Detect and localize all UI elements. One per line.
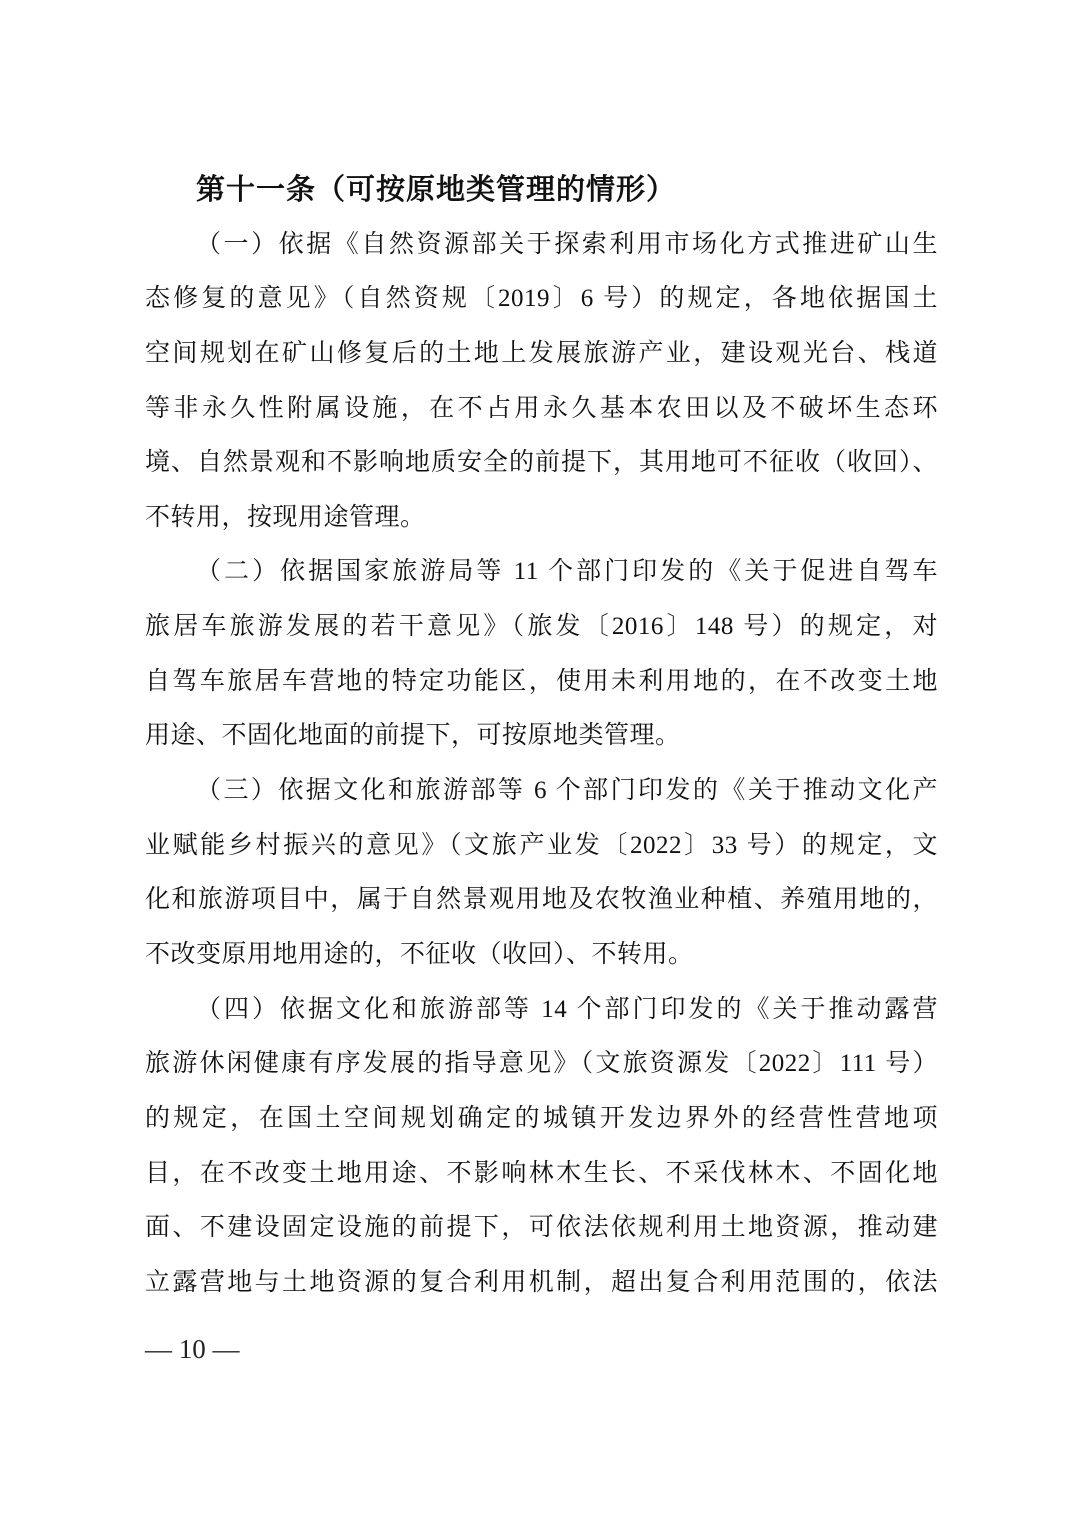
paragraph: （二）依据国家旅游局等 11 个部门印发的《关于促进自驾车 旅居车旅游发展的若干… bbox=[145, 545, 938, 764]
article-heading: 第十一条（可按原地类管理的情形） bbox=[145, 163, 938, 218]
text-line: 旅游休闲健康有序发展的指导意见》（文旅资源发〔2022〕111 号） bbox=[145, 1037, 938, 1092]
page-number-footer: — 10 — bbox=[145, 1331, 938, 1367]
text-line: 的规定，在国土空间规划确定的城镇开发边界外的经营性营地项 bbox=[145, 1092, 938, 1147]
text-line: （四）依据文化和旅游部等 14 个部门印发的《关于推动露营 bbox=[145, 983, 938, 1038]
text-line: （一）依据《自然资源部关于探索利用市场化方式推进矿山生 bbox=[145, 218, 938, 273]
paragraph: （四）依据文化和旅游部等 14 个部门印发的《关于推动露营 旅游休闲健康有序发展… bbox=[145, 983, 938, 1311]
text-line: 旅居车旅游发展的若干意见》（旅发〔2016〕148 号）的规定，对 bbox=[145, 600, 938, 655]
text-line: 等非永久性附属设施，在不占用永久基本农田以及不破坏生态环 bbox=[145, 382, 938, 437]
text-line: 自驾车旅居车营地的特定功能区，使用未利用地的，在不改变土地 bbox=[145, 655, 938, 710]
text-line: 境、自然景观和不影响地质安全的前提下，其用地可不征收（收回）、 bbox=[145, 436, 938, 491]
document-page: 第十一条（可按原地类管理的情形） （一）依据《自然资源部关于探索利用市场化方式推… bbox=[0, 0, 1080, 1527]
text-line: 面、不建设固定设施的前提下，可依法依规利用土地资源，推动建 bbox=[145, 1201, 938, 1256]
text-line: 化和旅游项目中，属于自然景观用地及农牧渔业种植、养殖用地的， bbox=[145, 873, 938, 928]
paragraph: （三）依据文化和旅游部等 6 个部门印发的《关于推动文化产 业赋能乡村振兴的意见… bbox=[145, 764, 938, 983]
text-line: 态修复的意见》（自然资规〔2019〕6 号）的规定，各地依据国土 bbox=[145, 272, 938, 327]
text-line: 不转用，按现用途管理。 bbox=[145, 491, 938, 546]
text-line: （二）依据国家旅游局等 11 个部门印发的《关于促进自驾车 bbox=[145, 545, 938, 600]
text-line: （三）依据文化和旅游部等 6 个部门印发的《关于推动文化产 bbox=[145, 764, 938, 819]
text-line: 业赋能乡村振兴的意见》（文旅产业发〔2022〕33 号）的规定，文 bbox=[145, 819, 938, 874]
text-line: 不改变原用地用途的，不征收（收回）、不转用。 bbox=[145, 928, 938, 983]
text-line: 目，在不改变土地用途、不影响林木生长、不采伐林木、不固化地 bbox=[145, 1147, 938, 1202]
text-line: 用途、不固化地面的前提下，可按原地类管理。 bbox=[145, 709, 938, 764]
document-body: 第十一条（可按原地类管理的情形） （一）依据《自然资源部关于探索利用市场化方式推… bbox=[145, 163, 938, 1367]
text-line: 立露营地与土地资源的复合利用机制，超出复合利用范围的，依法 bbox=[145, 1256, 938, 1311]
text-line: 空间规划在矿山修复后的土地上发展旅游产业，建设观光台、栈道 bbox=[145, 327, 938, 382]
paragraph: （一）依据《自然资源部关于探索利用市场化方式推进矿山生 态修复的意见》（自然资规… bbox=[145, 218, 938, 546]
